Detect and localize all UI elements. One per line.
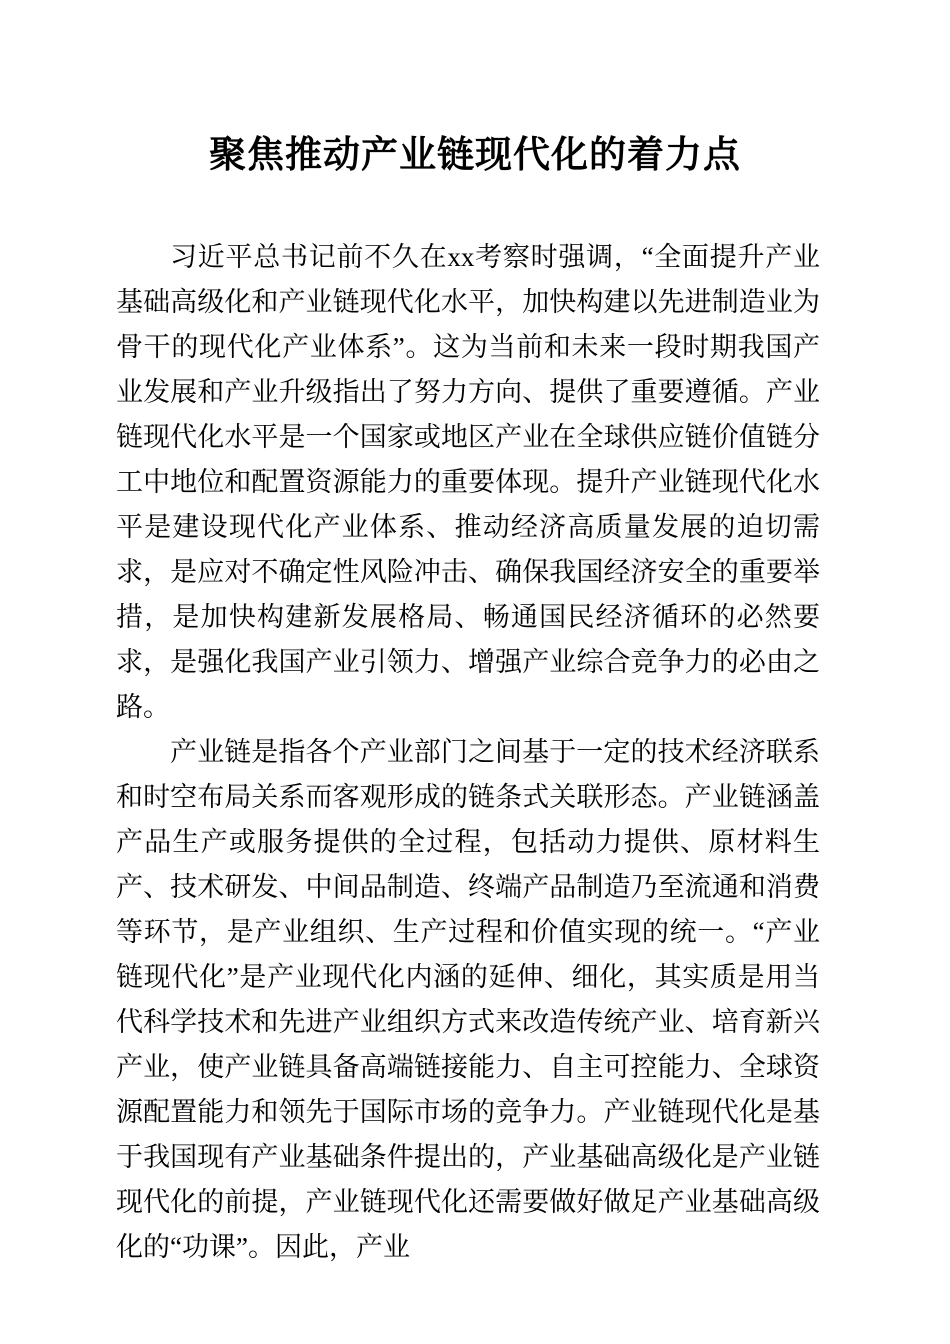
- document-body: 习近平总书记前不久在xx考察时强调，“全面提升产业基础高级化和产业链现代化水平，…: [116, 235, 820, 1270]
- document-page: 聚焦推动产业链现代化的着力点 习近平总书记前不久在xx考察时强调，“全面提升产业…: [0, 0, 950, 1344]
- paragraph: 产业链是指各个产业部门之间基于一定的技术经济联系和时空布局关系而客观形成的链条式…: [116, 730, 820, 1270]
- paragraph: 习近平总书记前不久在xx考察时强调，“全面提升产业基础高级化和产业链现代化水平，…: [116, 235, 820, 730]
- document-title: 聚焦推动产业链现代化的着力点: [0, 0, 950, 181]
